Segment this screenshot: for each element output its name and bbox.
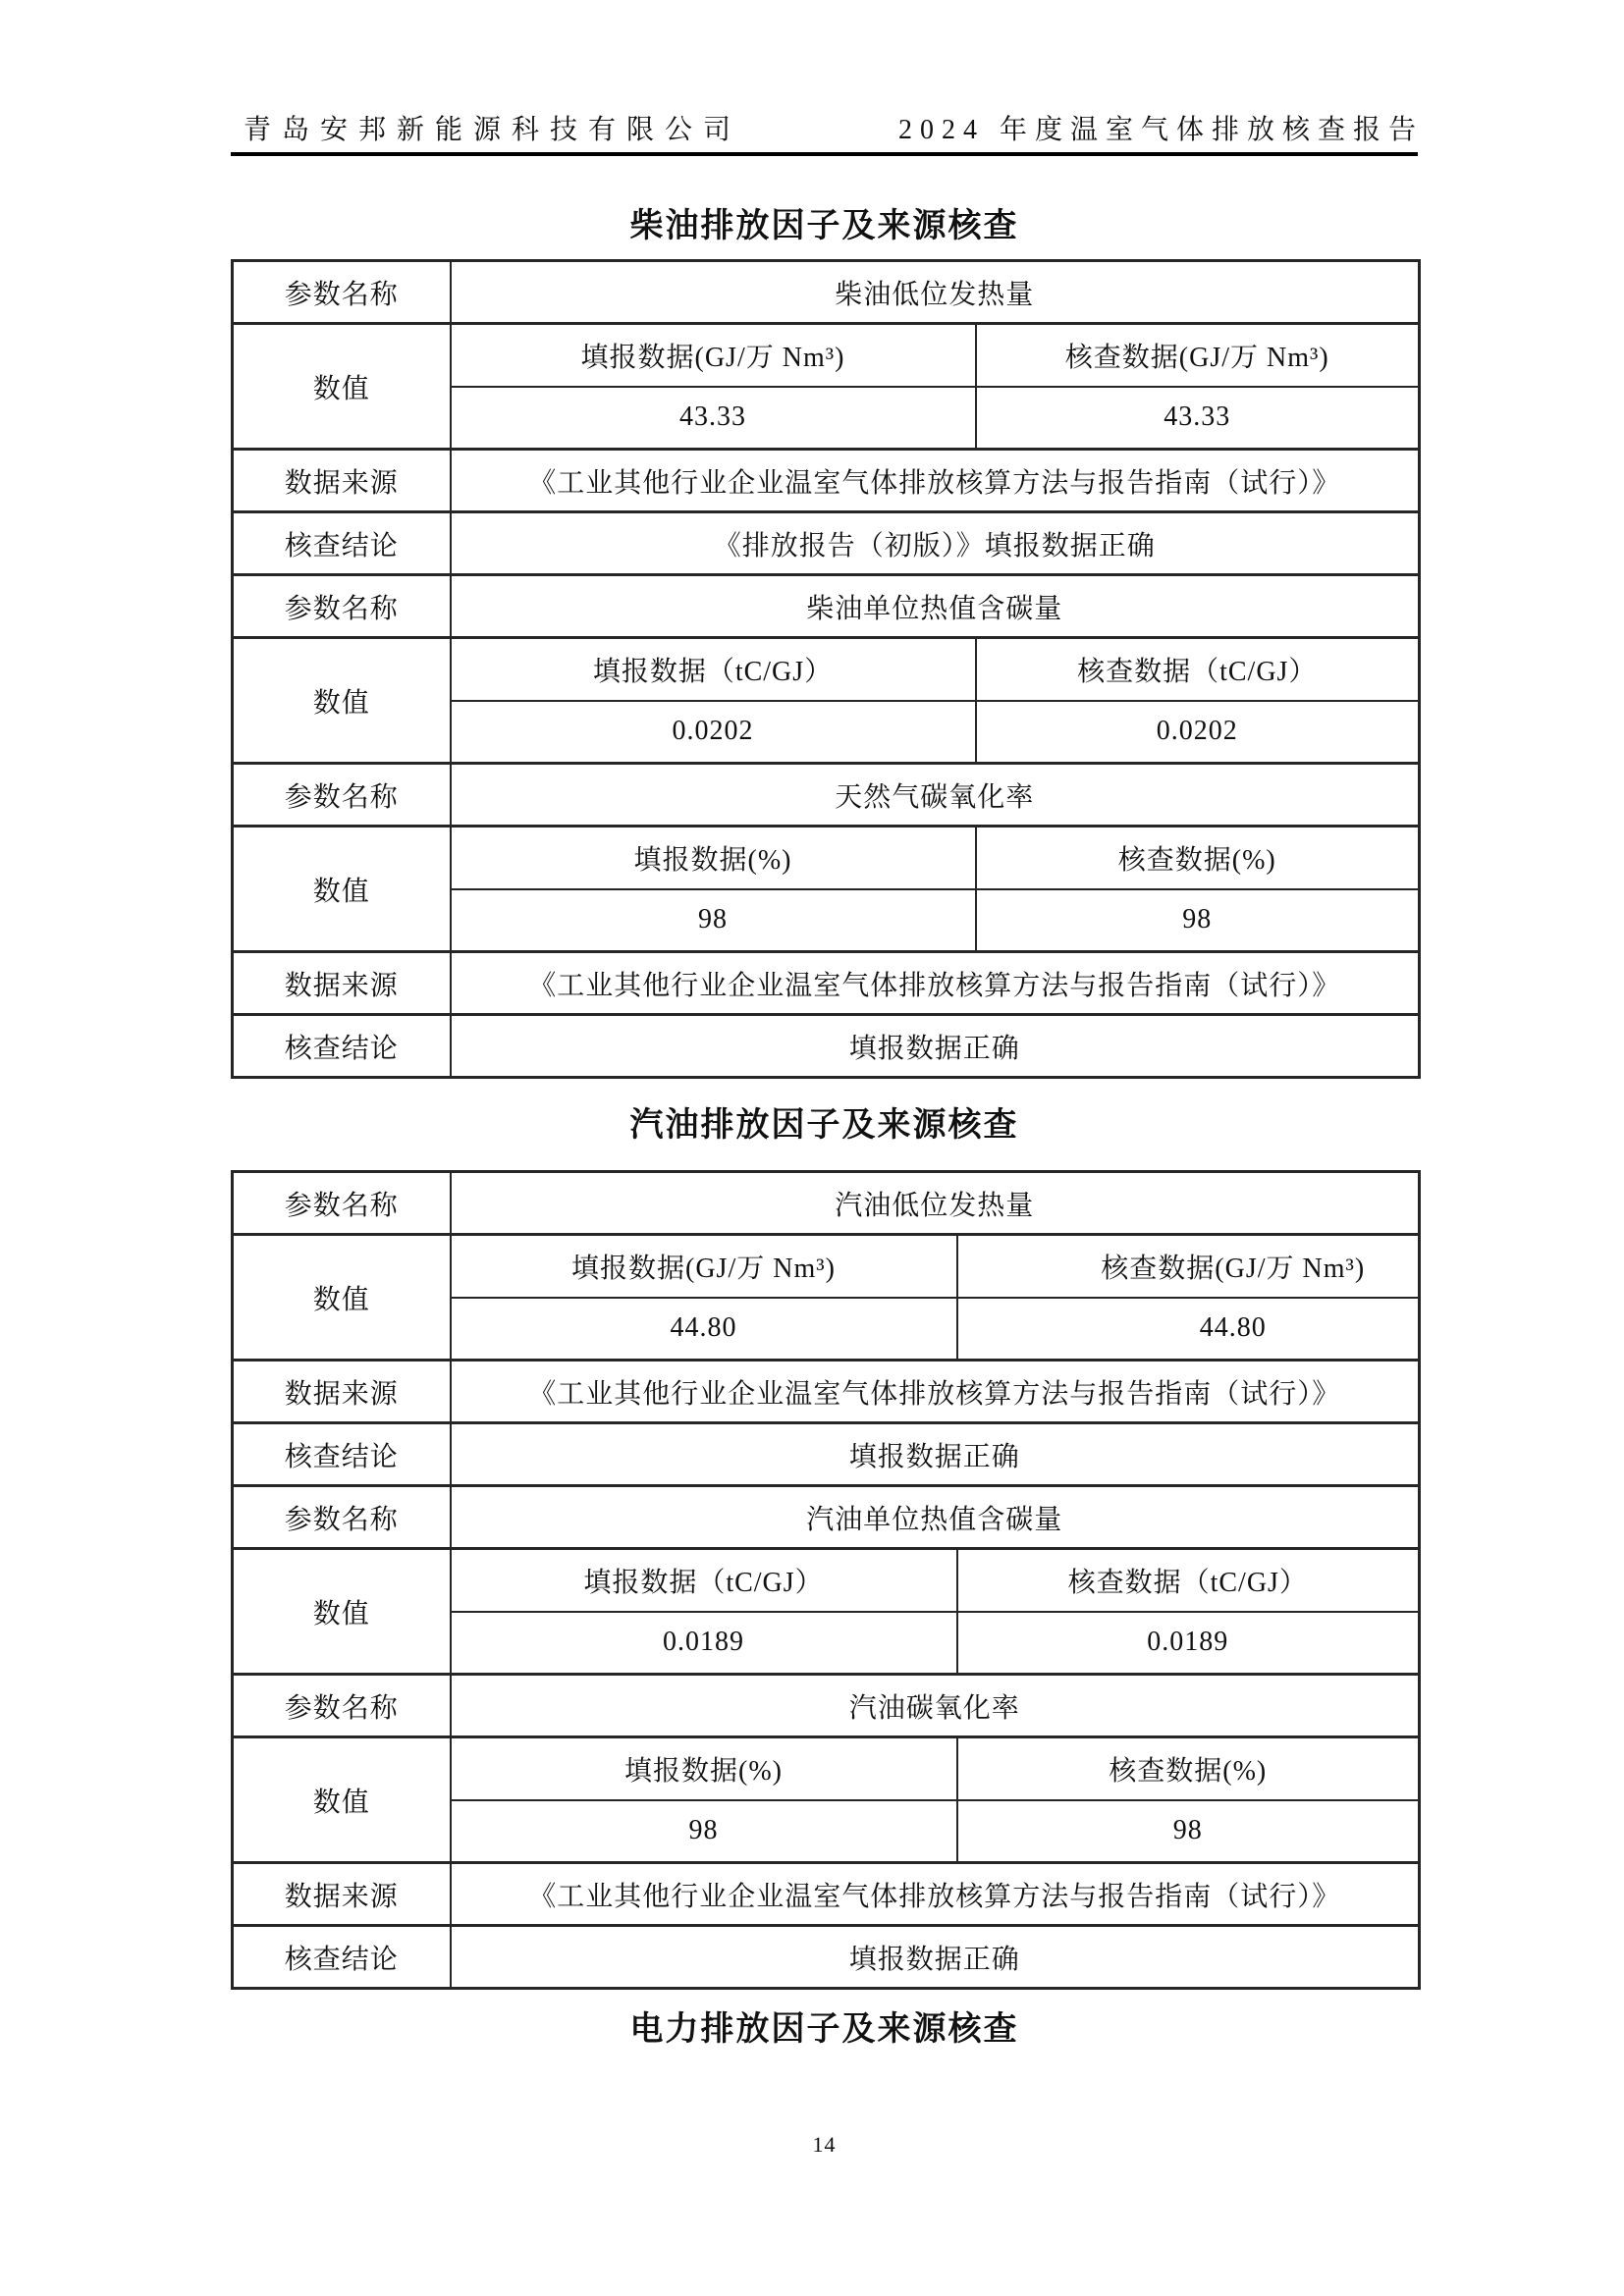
row-label-cell: 核查结论 xyxy=(233,1926,451,1989)
header-report-title: 2024 年度温室气体排放核查报告 xyxy=(898,114,1424,147)
row-label-cell: 参数名称 xyxy=(233,575,451,638)
table-row: 参数名称 柴油单位热值含碳量 xyxy=(233,575,1420,638)
diesel-verification-table: 参数名称 柴油低位发热量 数值 填报数据(GJ/万 Nm³) 核查数据(GJ/万… xyxy=(231,259,1421,1079)
table-row: 参数名称 汽油碳氧化率 xyxy=(233,1675,1420,1737)
row-content-cell: 《排放报告（初版）》填报数据正确 xyxy=(451,512,1420,575)
reported-value-cell: 98 xyxy=(451,1800,957,1863)
row-content-cell: 《工业其他行业企业温室气体排放核算方法与报告指南（试行）》 xyxy=(451,450,1420,512)
row-label-cell: 核查结论 xyxy=(233,1015,451,1078)
verified-value-cell: 44.80 xyxy=(957,1298,1420,1361)
table-row: 数据来源 《工业其他行业企业温室气体排放核算方法与报告指南（试行）》 xyxy=(233,1863,1420,1926)
row-content-cell: 填报数据正确 xyxy=(451,1015,1420,1078)
gasoline-verification-table: 参数名称 汽油低位发热量 数值 填报数据(GJ/万 Nm³) 核查数据(GJ/万… xyxy=(231,1170,1421,1990)
row-label-cell: 数值 xyxy=(233,1549,451,1675)
reported-data-header-cell: 填报数据（tC/GJ） xyxy=(451,1549,957,1612)
section-title-electricity: 电力排放因子及来源核查 xyxy=(231,2013,1418,2047)
row-label-cell: 数值 xyxy=(233,1737,451,1863)
row-label-cell: 参数名称 xyxy=(233,1675,451,1737)
verified-data-header-cell: 核查数据(GJ/万 Nm³) xyxy=(976,324,1420,387)
row-content-cell: 汽油碳氧化率 xyxy=(451,1675,1420,1737)
row-content-cell: 汽油单位热值含碳量 xyxy=(451,1486,1420,1549)
verified-data-header-cell: 核查数据（tC/GJ） xyxy=(957,1549,1420,1612)
table-row: 核查结论 《排放报告（初版）》填报数据正确 xyxy=(233,512,1420,575)
row-label-cell: 数值 xyxy=(233,827,451,952)
row-label-cell: 数值 xyxy=(233,324,451,450)
row-label-cell: 数据来源 xyxy=(233,1361,451,1423)
reported-value-cell: 43.33 xyxy=(451,387,976,450)
row-label-cell: 核查结论 xyxy=(233,1423,451,1486)
table-row: 核查结论 填报数据正确 xyxy=(233,1926,1420,1989)
table-row: 核查结论 填报数据正确 xyxy=(233,1015,1420,1078)
table-row: 数值 填报数据(%) 核查数据(%) xyxy=(233,827,1420,889)
row-content-cell: 填报数据正确 xyxy=(451,1423,1420,1486)
reported-data-header-cell: 填报数据(GJ/万 Nm³) xyxy=(451,324,976,387)
reported-value-cell: 98 xyxy=(451,889,976,952)
row-content-cell: 《工业其他行业企业温室气体排放核算方法与报告指南（试行）》 xyxy=(451,952,1420,1015)
reported-value-cell: 0.0202 xyxy=(451,701,976,764)
table-row: 数值 填报数据（tC/GJ） 核查数据（tC/GJ） xyxy=(233,638,1420,701)
row-content-cell: 柴油单位热值含碳量 xyxy=(451,575,1420,638)
row-content-cell: 天然气碳氧化率 xyxy=(451,764,1420,827)
table-row: 数据来源 《工业其他行业企业温室气体排放核算方法与报告指南（试行）》 xyxy=(233,952,1420,1015)
row-content-cell: 《工业其他行业企业温室气体排放核算方法与报告指南（试行）》 xyxy=(451,1361,1420,1423)
reported-data-header-cell: 填报数据(GJ/万 Nm³) xyxy=(451,1235,957,1298)
section-title-gasoline: 汽油排放因子及来源核查 xyxy=(231,1109,1418,1143)
section-title-diesel: 柴油排放因子及来源核查 xyxy=(231,210,1418,243)
verified-value-cell: 0.0202 xyxy=(976,701,1420,764)
table-row: 数值 填报数据(%) 核查数据(%) xyxy=(233,1737,1420,1800)
header-rule xyxy=(231,152,1418,156)
reported-value-cell: 44.80 xyxy=(451,1298,957,1361)
table-row: 数值 填报数据(GJ/万 Nm³) 核查数据(GJ/万 Nm³) xyxy=(233,1235,1420,1298)
row-label-cell: 数值 xyxy=(233,1235,451,1361)
row-content-cell: 柴油低位发热量 xyxy=(451,261,1420,324)
table-row: 参数名称 汽油低位发热量 xyxy=(233,1172,1420,1235)
reported-data-header-cell: 填报数据（tC/GJ） xyxy=(451,638,976,701)
page-number: 14 xyxy=(231,2132,1418,2158)
row-content-cell: 《工业其他行业企业温室气体排放核算方法与报告指南（试行）》 xyxy=(451,1863,1420,1926)
row-content-cell: 填报数据正确 xyxy=(451,1926,1420,1989)
verified-data-header-cell: 核查数据(%) xyxy=(976,827,1420,889)
reported-data-header-cell: 填报数据(%) xyxy=(451,827,976,889)
reported-value-cell: 0.0189 xyxy=(451,1612,957,1675)
table-row: 数据来源 《工业其他行业企业温室气体排放核算方法与报告指南（试行）》 xyxy=(233,1361,1420,1423)
table-row: 参数名称 天然气碳氧化率 xyxy=(233,764,1420,827)
verified-value-cell: 0.0189 xyxy=(957,1612,1420,1675)
verified-data-header-cell: 核查数据(GJ/万 Nm³) xyxy=(957,1235,1420,1298)
verified-data-header-cell: 核查数据(%) xyxy=(957,1737,1420,1800)
table-row: 参数名称 柴油低位发热量 xyxy=(233,261,1420,324)
row-label-cell: 核查结论 xyxy=(233,512,451,575)
row-label-cell: 数据来源 xyxy=(233,1863,451,1926)
row-content-cell: 汽油低位发热量 xyxy=(451,1172,1420,1235)
table-row: 数据来源 《工业其他行业企业温室气体排放核算方法与报告指南（试行）》 xyxy=(233,450,1420,512)
row-label-cell: 数值 xyxy=(233,638,451,764)
row-label-cell: 数据来源 xyxy=(233,952,451,1015)
table-row: 数值 填报数据(GJ/万 Nm³) 核查数据(GJ/万 Nm³) xyxy=(233,324,1420,387)
row-label-cell: 参数名称 xyxy=(233,261,451,324)
verified-value-cell: 98 xyxy=(976,889,1420,952)
row-label-cell: 参数名称 xyxy=(233,764,451,827)
table-row: 参数名称 汽油单位热值含碳量 xyxy=(233,1486,1420,1549)
verified-data-header-cell: 核查数据（tC/GJ） xyxy=(976,638,1420,701)
reported-data-header-cell: 填报数据(%) xyxy=(451,1737,957,1800)
verified-value-cell: 43.33 xyxy=(976,387,1420,450)
row-label-cell: 参数名称 xyxy=(233,1486,451,1549)
header-company-name: 青岛安邦新能源科技有限公司 xyxy=(244,114,741,147)
table-row: 核查结论 填报数据正确 xyxy=(233,1423,1420,1486)
row-label-cell: 数据来源 xyxy=(233,450,451,512)
row-label-cell: 参数名称 xyxy=(233,1172,451,1235)
verified-value-cell: 98 xyxy=(957,1800,1420,1863)
document-page: 青岛安邦新能源科技有限公司 2024 年度温室气体排放核查报告 柴油排放因子及来… xyxy=(0,0,1624,2296)
table-row: 数值 填报数据（tC/GJ） 核查数据（tC/GJ） xyxy=(233,1549,1420,1612)
